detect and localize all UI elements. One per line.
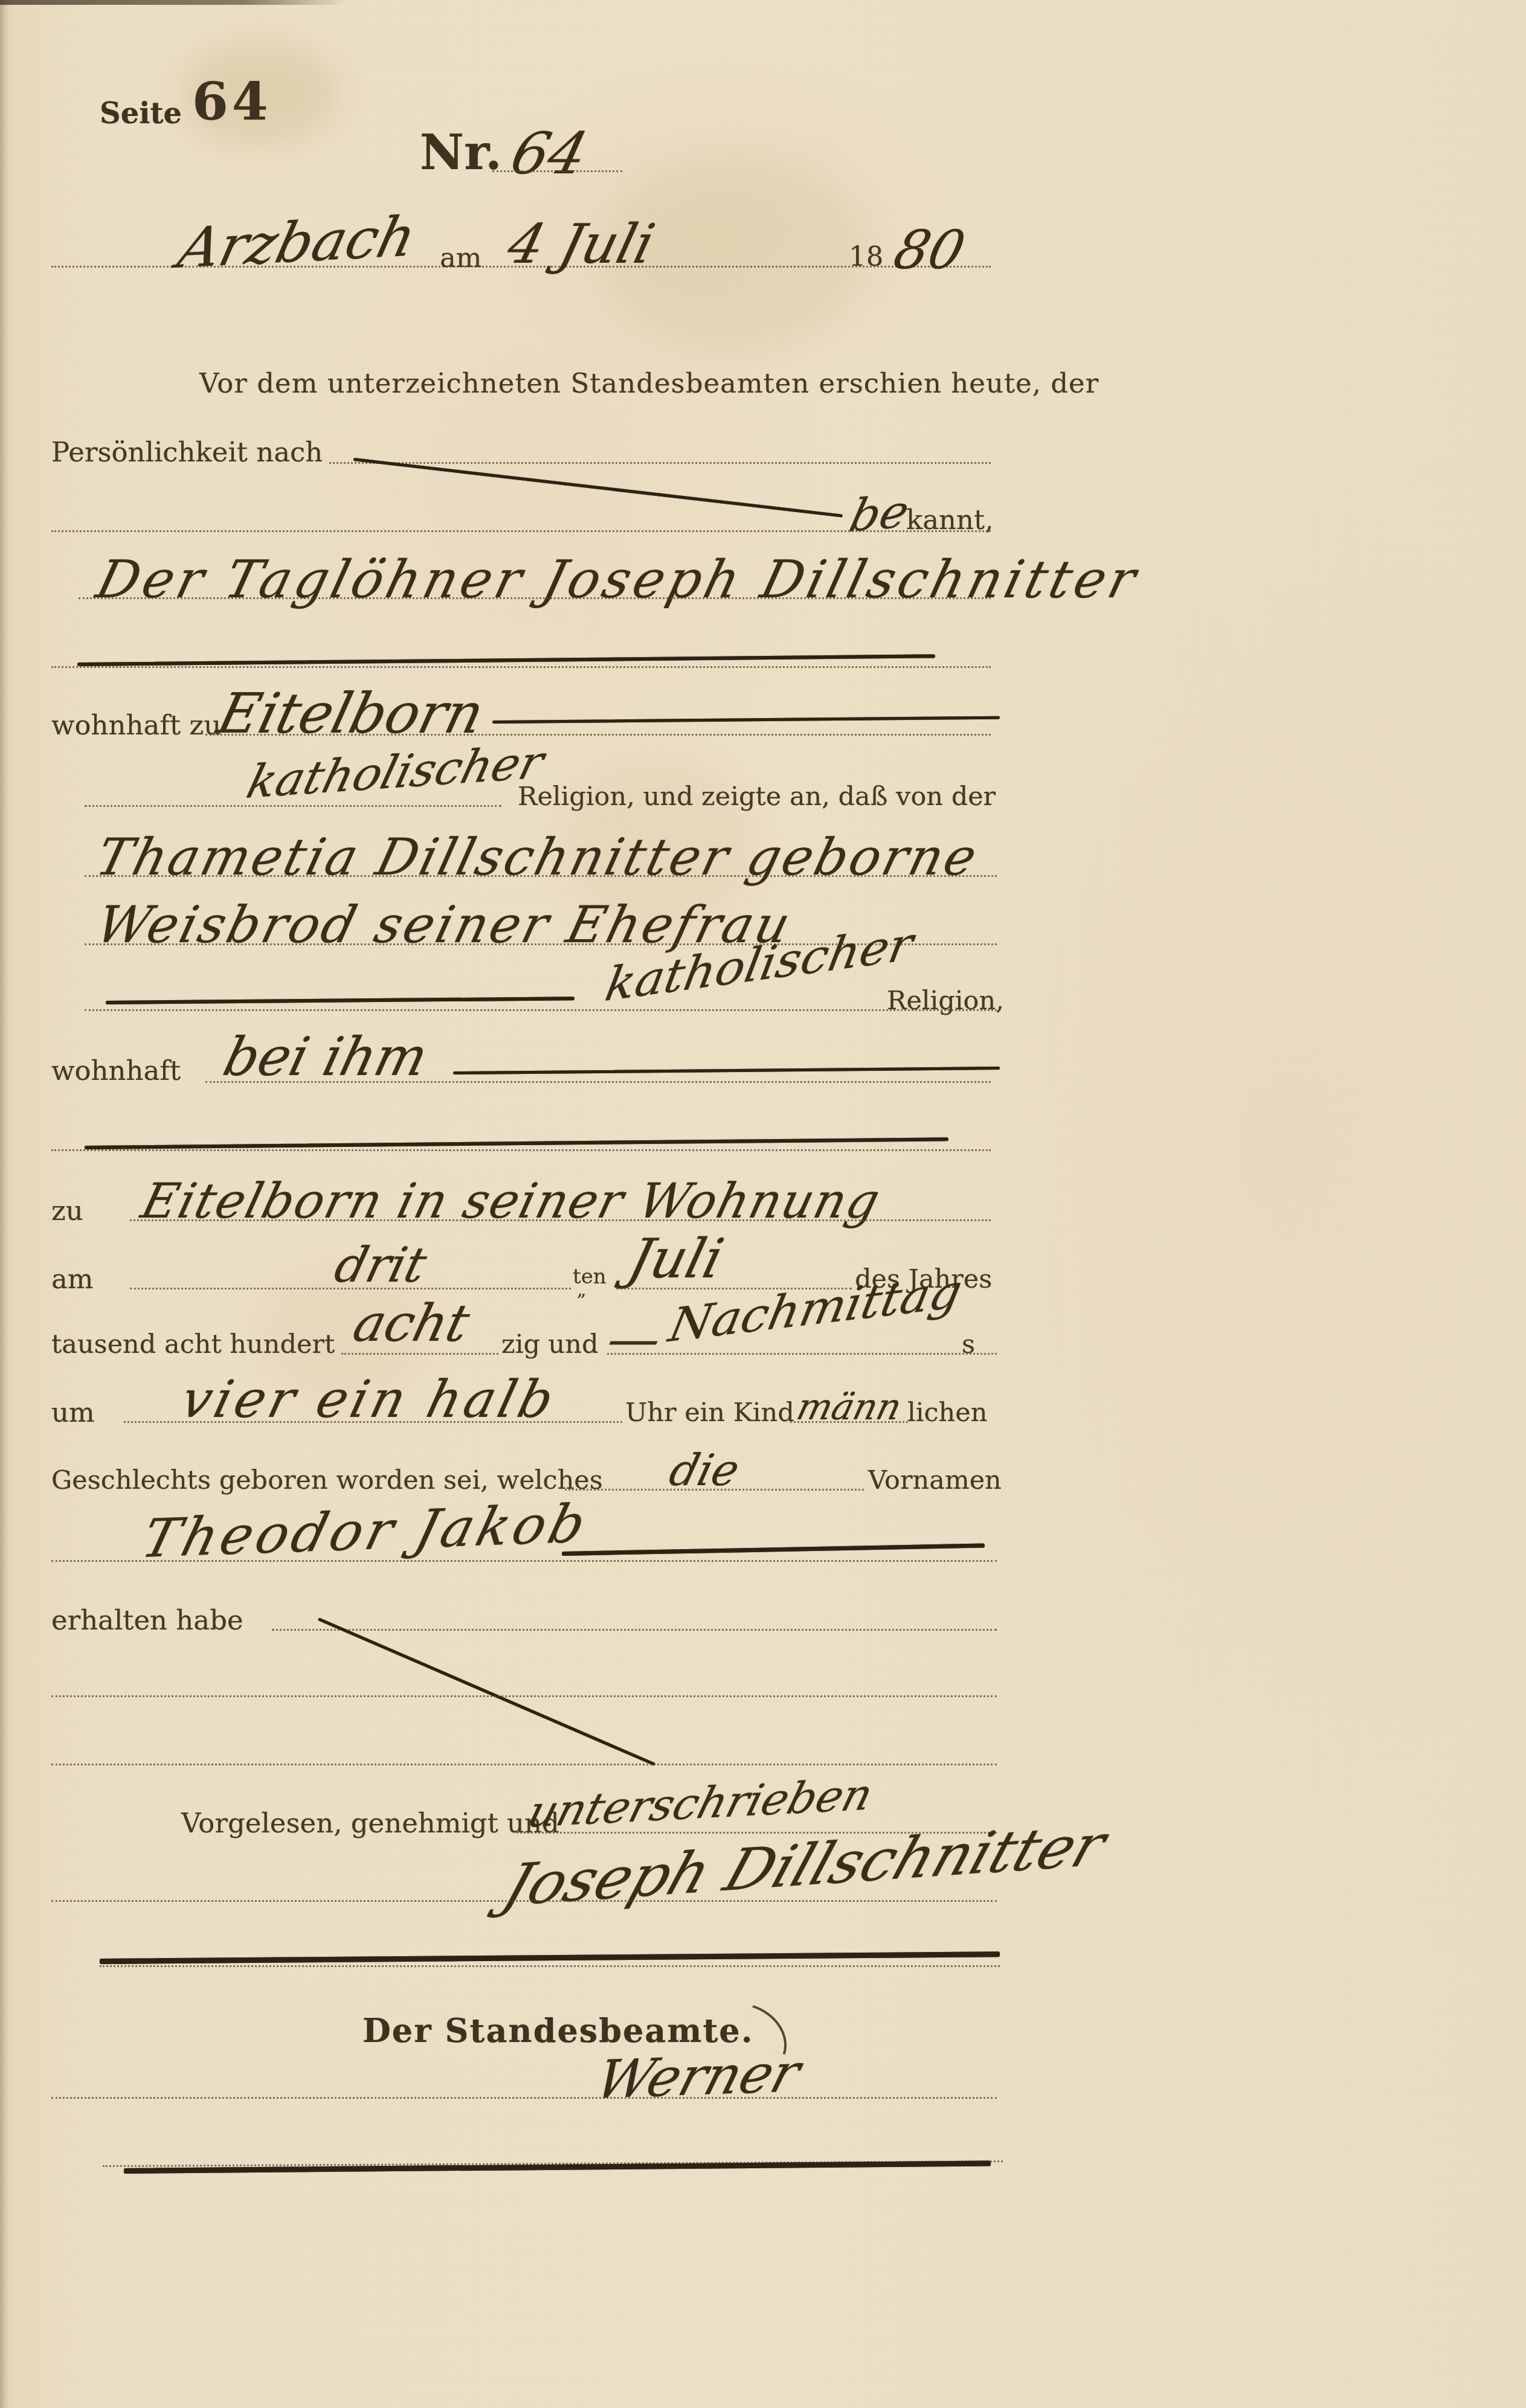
ruled-line (79, 597, 991, 599)
year-handwritten: 80 (888, 219, 971, 281)
diagonal-stroke (318, 1617, 655, 1766)
ruled-line (329, 462, 991, 464)
um-label: um (51, 1396, 95, 1428)
ruled-line (85, 805, 501, 807)
erhalten-habe-label: erhalten habe (51, 1604, 243, 1636)
ink-stroke (562, 1544, 985, 1556)
record-number-handwritten: 64 (504, 121, 594, 187)
zu-label: zu (51, 1195, 83, 1227)
registrar-signature: Werner (589, 2042, 808, 2111)
ruled-line (205, 1081, 991, 1083)
dash-handwritten: — (601, 1309, 668, 1369)
vorgelesen-label: Vorgelesen, genehmigt und (181, 1807, 559, 1839)
ruled-line (51, 1560, 997, 1562)
child-names-handwritten: Theodor Jakob (136, 1492, 596, 1570)
religion2-printed: Religion, (887, 986, 1004, 1016)
vornamen-label: Vornamen (868, 1465, 1002, 1495)
page-edge-shadow-top (0, 0, 347, 5)
wohnhaft-label: wohnhaft (51, 1055, 181, 1087)
ruled-line (492, 170, 622, 172)
record-number-label: Nr. (420, 124, 502, 181)
ink-stroke (453, 1067, 1000, 1074)
mother-name-handwritten: Thametia Dillschnitter geborne (91, 827, 985, 887)
geschlechts-label: Geschlechts geboren worden sei, welches (51, 1465, 603, 1495)
day-month-handwritten: 4 Juli (501, 213, 661, 276)
ruled-line (130, 1219, 991, 1221)
bei-ihm-handwritten: bei ihm (217, 1026, 434, 1088)
page-side-label: Seite (100, 97, 182, 130)
tausend-label: tausend acht hundert (51, 1329, 335, 1360)
ruled-line (51, 2097, 997, 2099)
intro-line: Vor dem unterzeichneten Standesbeamten e… (199, 367, 1099, 399)
ruled-line (51, 1900, 997, 1902)
religion1-handwritten: katholischer (242, 735, 549, 809)
ruled-line (51, 1149, 991, 1151)
ruled-line (51, 666, 991, 668)
ruled-line (130, 1288, 571, 1289)
s-suffix-printed: s (962, 1329, 975, 1360)
registry-page: Seite 64 Nr. 64 Arzbach am 4 Juli 18 80 … (0, 0, 1526, 2408)
section-divider-stroke (100, 1951, 1000, 1964)
ruled-line (51, 1695, 997, 1697)
persoenlichkeit-label: Persönlichkeit nach (51, 436, 323, 468)
ruled-line (51, 1764, 997, 1765)
religion1-printed: Religion, und zeigte an, daß von der (518, 782, 996, 812)
ruled-line (85, 875, 997, 877)
ruled-line (124, 1421, 622, 1423)
ruled-line (100, 1965, 1000, 1967)
place-handwritten: Arzbach (172, 204, 422, 281)
declarant-handwritten: Der Taglöhner Joseph Dillschnitter (91, 550, 1145, 610)
ruled-line (790, 1421, 908, 1423)
ruled-line (85, 1009, 997, 1011)
page-edge-shadow-left (0, 0, 10, 2408)
diagonal-stroke (353, 458, 843, 518)
die-handwritten: die (665, 1445, 745, 1495)
decade-handwritten: acht (347, 1294, 475, 1353)
am-label: am (440, 242, 482, 274)
year-printed: 18 (849, 240, 883, 272)
strikethrough-stroke (106, 997, 575, 1004)
ruled-line (51, 530, 991, 532)
strikethrough-stroke (77, 654, 935, 666)
lichen-label: lichen (907, 1398, 987, 1428)
zig-und-label: zig und (501, 1329, 599, 1360)
am2-label: am (51, 1263, 94, 1295)
registrar-title: Der Standesbeamte. (362, 2011, 753, 2050)
ruled-line (607, 1353, 997, 1355)
ditto-mark: „ (577, 1279, 587, 1300)
uhr-ein-kind-label: Uhr ein Kind (625, 1398, 794, 1428)
page-number: 64 (192, 71, 272, 132)
ink-stroke (492, 716, 1000, 724)
residence-handwritten: Eitelborn (211, 681, 491, 746)
ruled-line (205, 734, 991, 736)
birthmonth-handwritten: Juli (622, 1227, 730, 1291)
wohnhaft-zu-label: wohnhaft zu (51, 709, 221, 741)
ruled-line (565, 1489, 864, 1491)
unterschrieben-handwritten: unterschrieben (523, 1769, 878, 1837)
ruled-line (272, 1629, 997, 1631)
bekannt-handwritten: be (845, 484, 914, 542)
ruled-line (341, 1353, 498, 1355)
birthday-handwritten: drit (329, 1237, 432, 1293)
strikethrough-stroke (85, 1137, 948, 1149)
mother-maidenname-handwritten: Weisbrod seiner Ehefrau (91, 895, 798, 954)
